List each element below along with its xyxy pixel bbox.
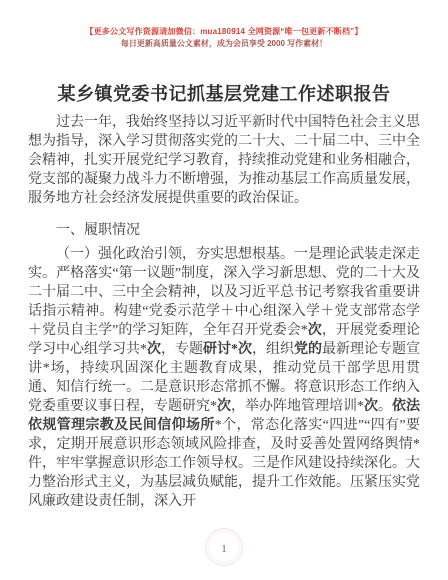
body-paragraph: （一）强化政治引领，夯实思想根基。一是理论武装走深走实。严格落实“第一议题”制度… <box>28 245 420 511</box>
page-number: 1 <box>0 542 448 556</box>
body-paragraph: 过去一年，我始终坚持以习近平新时代中国特色社会主义思想为指导，深入学习贯彻落实党… <box>28 113 420 208</box>
document-body: 过去一年，我始终坚持以习近平新时代中国特色社会主义思想为指导，深入学习贯彻落实党… <box>28 113 420 511</box>
document-title: 某乡镇党委书记抓基层党建工作述职报告 <box>28 82 420 106</box>
document-page: 【更多公文写作资源请加微信：mua180914 全网资源“唯一包更新不断档”】 … <box>0 0 448 580</box>
section-heading: 一、履职情况 <box>28 221 420 240</box>
ad-banner: 【更多公文写作资源请加微信：mua180914 全网资源“唯一包更新不断档”】 … <box>0 0 448 49</box>
ad-banner-line2: 每日更新高质量公文素材，成为会员享受 2000 写作素材！ <box>0 38 448 49</box>
ad-banner-line1: 【更多公文写作资源请加微信：mua180914 全网资源“唯一包更新不断档”】 <box>0 0 448 38</box>
